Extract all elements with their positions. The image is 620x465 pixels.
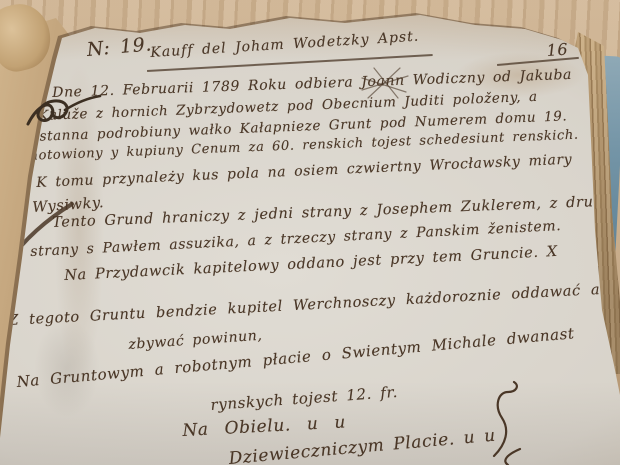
wire-stitch (24, 88, 106, 134)
ink-brace-lower (498, 447, 524, 465)
manuscript-page: N: 19. Kauff del Joham Wodetzky Apst. 16… (0, 0, 620, 465)
manuscript-line: zbywać powinun, (128, 329, 263, 354)
manuscript-photo: N: 19. Kauff del Joham Wodetzky Apst. 16… (0, 0, 620, 465)
manuscript-line: rynskych tojest 12. fr. (210, 384, 398, 414)
manuscript-line: Na Obielu. u u (182, 413, 346, 440)
page-number: 16 (546, 40, 569, 59)
entry-number: N: 19. (86, 34, 153, 60)
